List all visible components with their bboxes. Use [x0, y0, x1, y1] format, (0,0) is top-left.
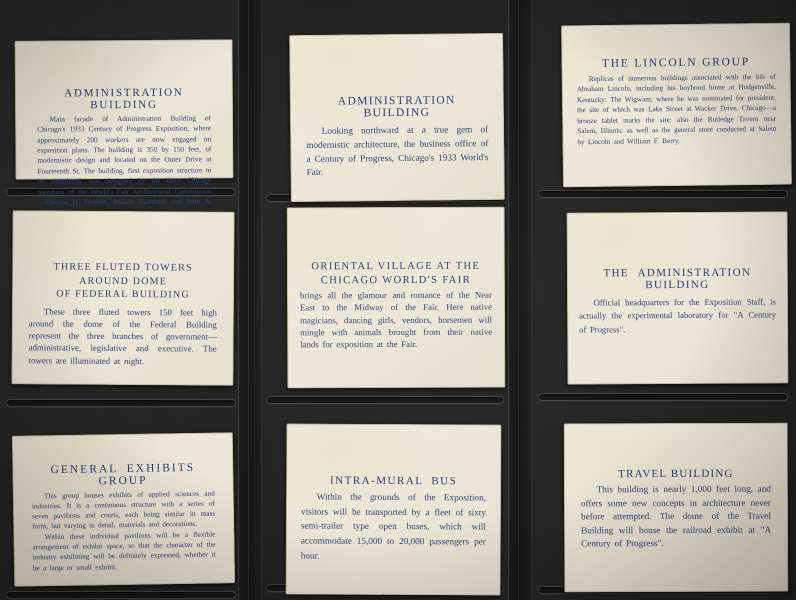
sleeve-slot	[6, 399, 236, 407]
card-text	[301, 564, 486, 565]
card-text	[581, 552, 771, 553]
sleeve-slot	[538, 190, 788, 198]
sleeve-slot	[266, 396, 504, 404]
card-administration-building-facade: ADMINISTRATION BUILDING Main facade of A…	[15, 39, 234, 180]
card-administration-building-northward: ADMINISTRATION BUILDING Looking northwar…	[289, 33, 505, 202]
card-title: GENERAL EXHIBITS GROUP	[31, 462, 214, 489]
album-page: ADMINISTRATION BUILDING Main facade of A…	[0, 0, 796, 600]
card-text: brings all the glamour and romance of th…	[300, 289, 492, 350]
card-title: THE ADMINISTRATION BUILDING	[579, 266, 776, 291]
card-title: ADMINISTRATION BUILDING	[306, 94, 488, 120]
card-title: ORIENTAL VILLAGE AT THECHICAGO WORLD'S F…	[300, 260, 492, 288]
card-text: Replicas of numerous buildings associate…	[577, 72, 777, 147]
card-title: ADMINISTRATION BUILDING	[37, 86, 211, 111]
card-intra-mural-bus: INTRA-MURAL BUS Within the grounds of th…	[286, 423, 502, 595]
card-text: Looking northward at a true gem of moder…	[306, 123, 489, 180]
sleeve-slot	[6, 591, 236, 599]
card-oriental-village: ORIENTAL VILLAGE AT THECHICAGO WORLD'S F…	[287, 207, 506, 389]
card-three-fluted-towers: THREE FLUTED TOWERS AROUND DOMEOF FEDERA…	[11, 210, 234, 386]
card-travel-building: TRAVEL BUILDING This building is nearly …	[564, 423, 789, 593]
card-text	[29, 367, 217, 368]
card-text	[579, 336, 776, 337]
card-text: Within these individual pavilions will b…	[32, 530, 216, 573]
card-title: THREE FLUTED TOWERS AROUND DOMEOF FEDERA…	[29, 260, 217, 302]
card-text: Official headquarters for the Exposition…	[579, 295, 776, 336]
card-title: THE LINCOLN GROUP	[576, 56, 775, 70]
sleeve-separator	[238, 0, 262, 600]
card-lincoln-group: THE LINCOLN GROUP Replicas of numerous b…	[561, 23, 792, 188]
card-title: TRAVEL BUILDING	[581, 468, 771, 481]
card-text: Main facade of Administration Building o…	[37, 113, 212, 218]
card-text	[300, 351, 492, 352]
sleeve-separator	[508, 0, 532, 600]
card-text: These three fluted towers 150 feet high …	[29, 305, 217, 368]
card-general-exhibits-group: GENERAL EXHIBITS GROUP This group houses…	[12, 432, 235, 586]
card-text: Within the grounds of the Exposition, vi…	[301, 490, 486, 565]
card-the-administration-building: THE ADMINISTRATION BUILDING Official hea…	[567, 211, 789, 384]
card-title: INTRA-MURAL BUS	[301, 475, 486, 488]
card-text: This building is nearly 1,000 feet long,…	[581, 483, 771, 552]
card-text: This group houses exhibits of applied sc…	[32, 489, 216, 532]
sleeve-slot	[538, 393, 788, 401]
